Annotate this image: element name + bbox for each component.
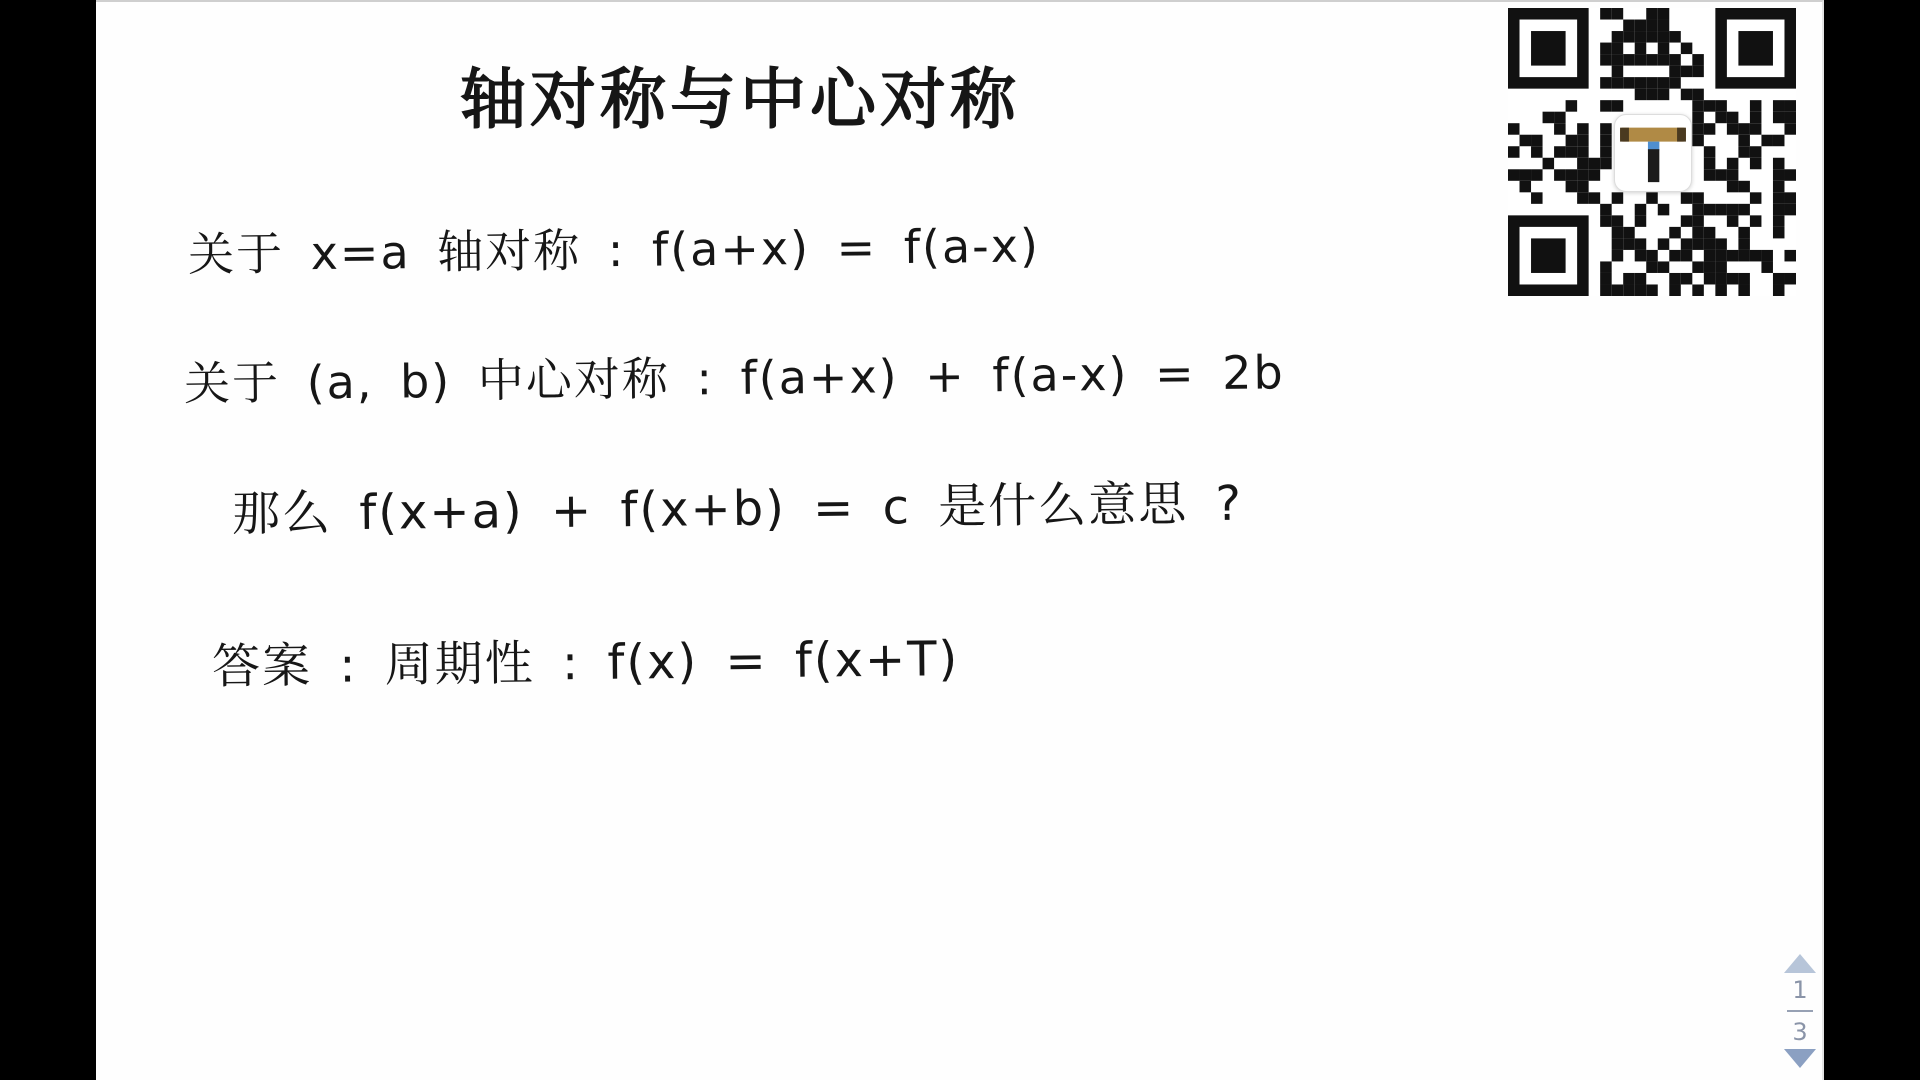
handwritten-line-axis-symmetry: 关于 x=a 轴对称 : f(a+x) = f(a-x) xyxy=(188,210,1041,285)
handwritten-line-center-symmetry: 关于 (a, b) 中心对称 : f(a+x) + f(a-x) = 2b xyxy=(184,336,1285,414)
page-up-arrow-icon[interactable] xyxy=(1784,954,1816,973)
handwritten-line-answer-periodicity: 答案 : 周期性 : f(x) = f(x+T) xyxy=(212,620,960,697)
page-current: 1 xyxy=(1792,978,1807,1002)
page-fraction-divider xyxy=(1787,1010,1813,1012)
qr-center-logo xyxy=(1614,114,1692,192)
handwritten-line-question: 那么 f(x+a) + f(x+b) = c 是什么意思 ? xyxy=(232,465,1244,545)
page-down-arrow-icon[interactable] xyxy=(1784,1049,1816,1068)
slide-canvas: 轴对称与中心对称 关于 x=a 轴对称 : f(a+x) = f(a-x) 关于… xyxy=(96,0,1824,1080)
video-frame: 轴对称与中心对称 关于 x=a 轴对称 : f(a+x) = f(a-x) 关于… xyxy=(0,0,1920,1080)
page-indicator: 1 3 xyxy=(1776,954,1824,1080)
t-hammer-logo-icon xyxy=(1615,9,1691,297)
page-total: 3 xyxy=(1792,1020,1807,1044)
qr-code xyxy=(1508,8,1796,296)
slide-title: 轴对称与中心对称 xyxy=(390,46,1090,141)
